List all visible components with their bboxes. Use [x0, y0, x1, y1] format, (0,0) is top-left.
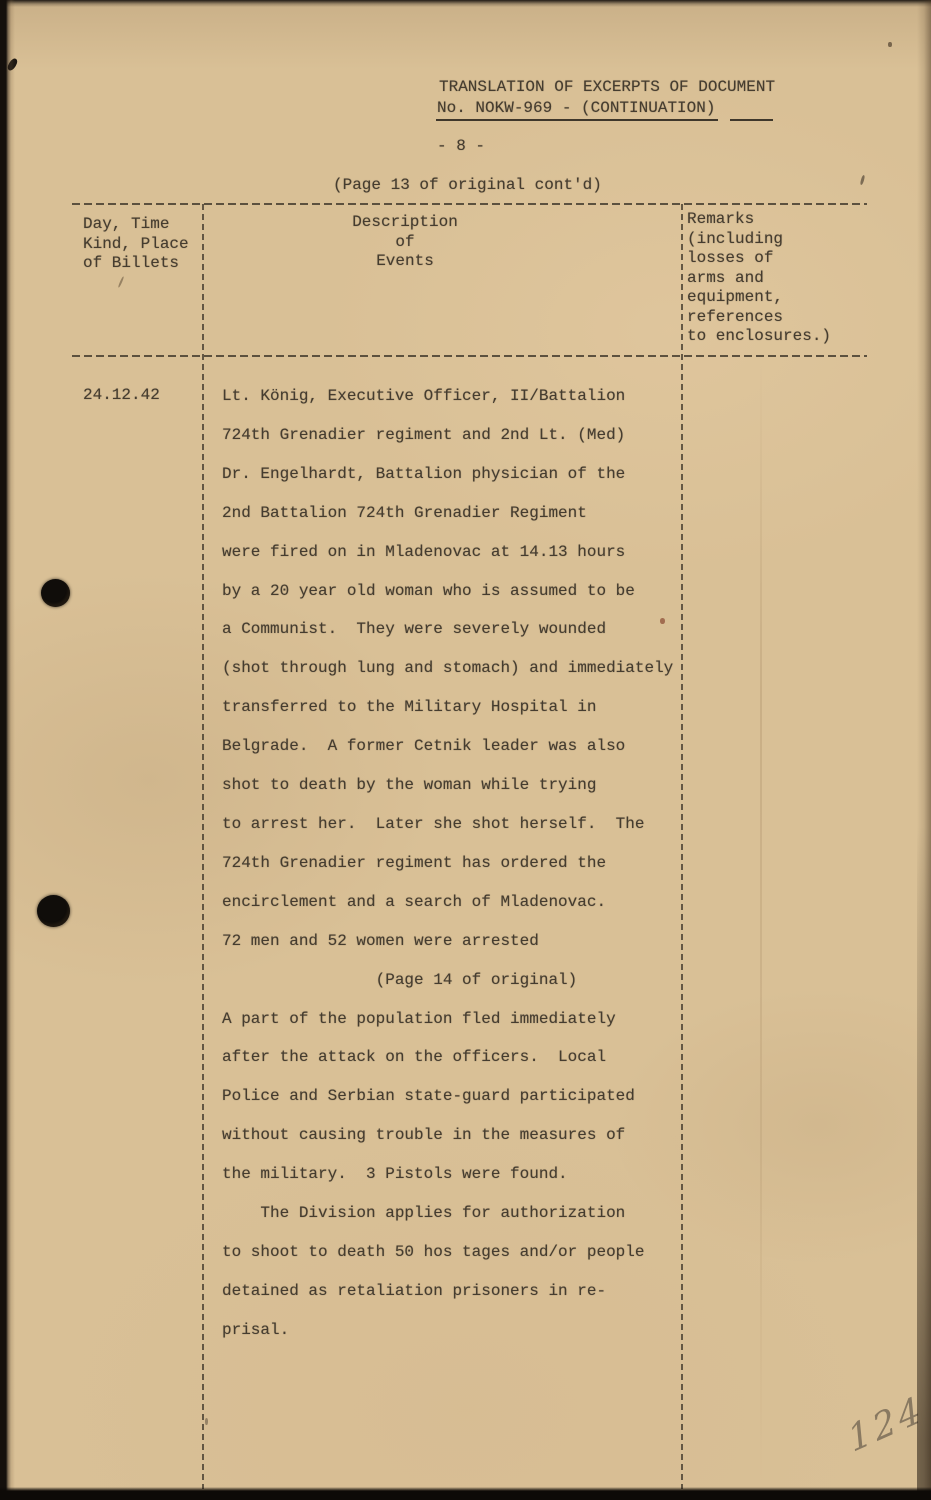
text-line: 72 men and 52 women were arrested — [222, 922, 673, 961]
scan-edge-top — [0, 0, 931, 7]
text-line: without causing trouble in the measures … — [222, 1116, 673, 1155]
text-line: 724th Grenadier regiment has ordered the — [222, 844, 673, 883]
page-number: - 8 - — [437, 137, 485, 157]
ink-speck — [118, 276, 125, 288]
text-line: to shoot to death 50 hos tages and/or pe… — [222, 1233, 673, 1272]
document-title-line2: No. NOKW-969 - (CONTINUATION) — [437, 99, 715, 119]
text-line: Belgrade. A former Cetnik leader was als… — [222, 727, 673, 766]
document-title-line1: TRANSLATION OF EXCERPTS OF DOCUMENT — [439, 78, 775, 98]
title-underline-segment — [730, 119, 773, 121]
text-line: encirclement and a search of Mladenovac. — [222, 883, 673, 922]
ink-speck — [660, 618, 665, 624]
punch-hole-top — [41, 579, 70, 607]
text-line: the military. 3 Pistols were found. — [222, 1155, 673, 1194]
text-line: The Division applies for authorization — [222, 1194, 673, 1233]
text-line: shot to death by the woman while trying — [222, 766, 673, 805]
table-divider-left — [202, 204, 204, 1489]
text-line: to enclosures.) — [687, 327, 831, 347]
ink-speck — [6, 57, 19, 72]
text-line: after the attack on the officers. Local — [222, 1038, 673, 1077]
text-line: by a 20 year old woman who is assumed to… — [222, 572, 673, 611]
scan-edge-right — [917, 0, 931, 1500]
text-line: detained as retaliation prisoners in re- — [222, 1272, 673, 1311]
ink-speck — [205, 1418, 208, 1425]
text-line: Events — [300, 252, 510, 272]
paper-crease — [760, 360, 762, 1488]
text-line: losses of — [687, 249, 831, 269]
scan-edge-bottom — [0, 1487, 931, 1500]
text-line: 2nd Battalion 724th Grenadier Regiment — [222, 494, 673, 533]
text-line: Description — [300, 213, 510, 233]
ink-speck — [860, 175, 866, 185]
text-line: of — [300, 233, 510, 253]
text-line: (shot through lung and stomach) and imme… — [222, 649, 673, 688]
scanned-document-page: TRANSLATION OF EXCERPTS OF DOCUMENT No. … — [0, 0, 931, 1500]
text-line: references — [687, 308, 831, 328]
text-line: to arrest her. Later she shot herself. T… — [222, 805, 673, 844]
entry-date: 24.12.42 — [83, 386, 160, 406]
text-line: arms and — [687, 269, 831, 289]
entry-description-text: Lt. König, Executive Officer, II/Battali… — [222, 377, 673, 1350]
text-line: prisal. — [222, 1311, 673, 1350]
ink-speck — [888, 42, 892, 47]
text-line: a Communist. They were severely wounded — [222, 610, 673, 649]
column-header-description-of-events: DescriptionofEvents — [300, 213, 510, 272]
table-divider-right — [681, 204, 683, 1489]
text-line: Day, Time — [83, 215, 189, 235]
text-line: of Billets — [83, 254, 189, 274]
text-line: Lt. König, Executive Officer, II/Battali… — [222, 377, 673, 416]
scan-edge-left — [0, 0, 15, 1500]
punch-hole-bottom — [37, 895, 70, 927]
table-rule-header-bottom — [72, 355, 867, 357]
text-line: equipment, — [687, 288, 831, 308]
table-rule-top — [72, 203, 867, 205]
text-line: (Page 14 of original) — [222, 961, 673, 1000]
text-line: Dr. Engelhardt, Battalion physician of t… — [222, 455, 673, 494]
title-underline — [436, 119, 718, 121]
text-line: A part of the population fled immediatel… — [222, 1000, 673, 1039]
handwritten-page-number: 124 — [844, 1388, 929, 1461]
text-line: 724th Grenadier regiment and 2nd Lt. (Me… — [222, 416, 673, 455]
column-header-remarks: Remarks(includinglosses ofarms andequipm… — [687, 210, 831, 347]
original-page-note: (Page 13 of original cont'd) — [333, 176, 602, 196]
text-line: (including — [687, 230, 831, 250]
text-line: Kind, Place — [83, 235, 189, 255]
text-line: were fired on in Mladenovac at 14.13 hou… — [222, 533, 673, 572]
column-header-day-time-place: Day, TimeKind, Placeof Billets — [83, 215, 189, 274]
text-line: transferred to the Military Hospital in — [222, 688, 673, 727]
text-line: Remarks — [687, 210, 831, 230]
text-line: Police and Serbian state-guard participa… — [222, 1077, 673, 1116]
